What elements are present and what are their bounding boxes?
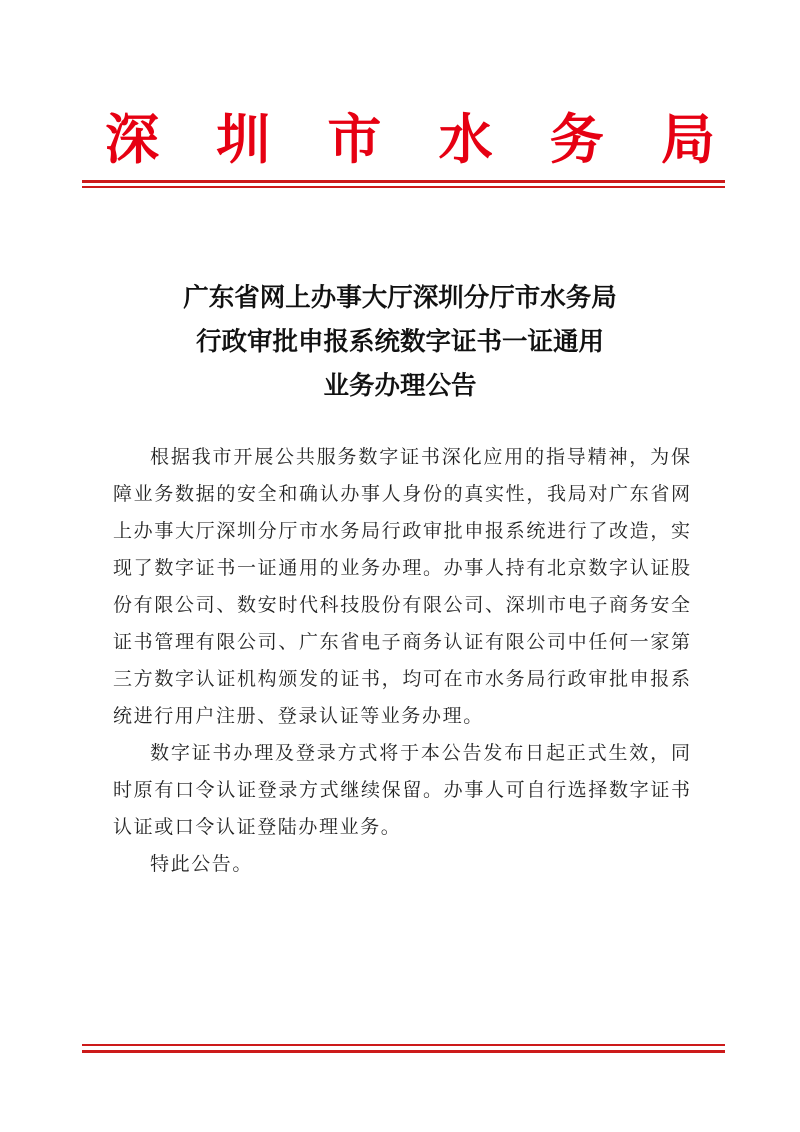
body-line: 根据我市开展公共服务数字证书深化应用的指导精神，为保 [150, 439, 690, 476]
body-line: 证书管理有限公司、广东省电子商务认证有限公司中任何一家第 [113, 624, 690, 661]
footer-rule-thick [82, 1050, 725, 1053]
issuing-authority-header: 深 圳 市 水 务 局 [105, 104, 715, 174]
header-rule-thick [82, 180, 725, 183]
header-char: 局 [661, 104, 715, 174]
body-line: 认证或口令认证登陆办理业务。 [113, 809, 690, 846]
footer-rule-thin [82, 1044, 725, 1046]
header-char: 深 [105, 104, 159, 174]
body-line: 数字证书办理及登录方式将于本公告发布日起正式生效，同 [150, 735, 690, 772]
header-rule-thin [82, 186, 725, 188]
body-line: 份有限公司、数安时代科技股份有限公司、深圳市电子商务安全 [113, 587, 690, 624]
body-line: 统进行用户注册、登录认证等业务办理。 [113, 698, 690, 735]
header-char: 务 [550, 104, 604, 174]
closing-line: 特此公告。 [150, 846, 690, 883]
body-line: 上办事大厅深圳分厅市水务局行政审批申报系统进行了改造，实 [113, 513, 690, 550]
title-line: 广东省网上办事大厅深圳分厅市水务局 [0, 276, 800, 320]
header-char: 市 [327, 104, 381, 174]
body-line: 障业务数据的安全和确认办事人身份的真实性，我局对广东省网 [113, 476, 690, 513]
title-line: 行政审批申报系统数字证书一证通用 [0, 320, 800, 364]
body-line: 三方数字认证机构颁发的证书，均可在市水务局行政审批申报系 [113, 661, 690, 698]
body-line: 现了数字证书一证通用的业务办理。办事人持有北京数字认证股 [113, 550, 690, 587]
body-line: 时原有口令认证登录方式继续保留。办事人可自行选择数字证书 [113, 772, 690, 809]
title-line: 业务办理公告 [0, 364, 800, 408]
header-char: 水 [439, 104, 493, 174]
header-char: 圳 [216, 104, 270, 174]
